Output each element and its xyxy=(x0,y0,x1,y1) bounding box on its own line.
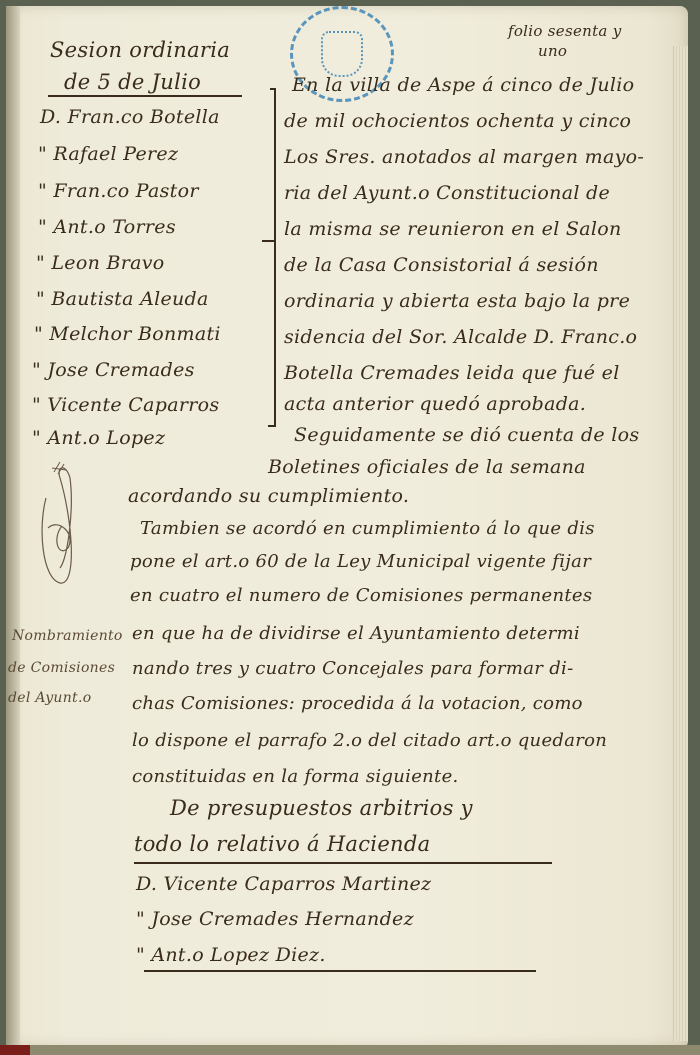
body-line: acta anterior quedó aprobada. xyxy=(284,393,586,415)
folio-number-cont: uno xyxy=(538,42,567,60)
attendee: D. Fran.co Botella xyxy=(40,106,220,128)
margin-note-line: Nombramiento xyxy=(12,628,123,644)
page-edges xyxy=(673,46,688,1041)
body-line: Los Sres. anotados al margen mayo- xyxy=(284,146,644,168)
attendee: " Ant.o Torres xyxy=(38,216,176,238)
body-line: en cuatro el numero de Comisiones perman… xyxy=(130,585,592,606)
body-line: chas Comisiones: procedida á la votacion… xyxy=(132,693,583,714)
attendee: " Ant.o Lopez xyxy=(32,427,165,449)
session-title: Sesion ordinaria xyxy=(50,38,230,62)
attendee: " Jose Cremades xyxy=(32,359,195,381)
commission-title: De presupuestos arbitrios y xyxy=(170,796,473,820)
body-line: Boletines oficiales de la semana xyxy=(268,456,586,478)
commission-title-cont: todo lo relativo á Hacienda xyxy=(134,832,430,856)
attendee: " Melchor Bonmati xyxy=(34,323,221,345)
bracket-point xyxy=(262,240,274,242)
body-line: acordando su cumplimiento. xyxy=(128,485,409,507)
book-cover-edge xyxy=(0,1045,700,1055)
bracket-top xyxy=(270,88,276,90)
commission-member: " Ant.o Lopez Diez. xyxy=(136,944,326,966)
title-underline xyxy=(48,95,242,97)
body-line: Botella Cremades leida que fué el xyxy=(284,362,620,384)
body-line: nando tres y cuatro Concejales para form… xyxy=(132,658,573,679)
body-line: Seguidamente se dió cuenta de los xyxy=(294,424,639,446)
attendee: " Vicente Caparros xyxy=(32,394,219,416)
body-line: ordinaria y abierta esta bajo la pre xyxy=(284,290,630,312)
attendee: " Rafael Perez xyxy=(38,143,178,165)
commission-member: " Jose Cremades Hernandez xyxy=(136,908,414,930)
attendee: " Fran.co Pastor xyxy=(38,180,199,202)
body-line: lo dispone el parrafo 2.o del citado art… xyxy=(132,730,607,751)
body-line: de la Casa Consistorial á sesión xyxy=(284,254,599,276)
body-line: ria del Ayunt.o Constitucional de xyxy=(284,182,610,204)
folio-number: folio sesenta y xyxy=(508,22,622,40)
body-line: sidencia del Sor. Alcalde D. Franc.o xyxy=(284,326,637,348)
commission-title-underline xyxy=(134,862,552,864)
attendee: " Leon Bravo xyxy=(36,252,165,274)
body-line: pone el art.o 60 de la Ley Municipal vig… xyxy=(130,551,591,572)
rubric-signature-icon xyxy=(38,458,88,588)
attendee: " Bautista Aleuda xyxy=(36,288,209,310)
section-end-rule xyxy=(144,970,536,972)
book-spine xyxy=(6,6,20,1046)
bracket-bottom xyxy=(268,425,276,427)
body-line: de mil ochocientos ochenta y cinco xyxy=(284,110,631,132)
commission-member: D. Vicente Caparros Martinez xyxy=(136,873,431,895)
crest-icon xyxy=(321,31,363,77)
body-line: En la villa de Aspe á cinco de Julio xyxy=(292,74,634,96)
body-line: la misma se reunieron en el Salon xyxy=(284,218,622,240)
body-line: Tambien se acordó en cumplimiento á lo q… xyxy=(140,518,595,539)
margin-note-line: del Ayunt.o xyxy=(8,690,91,706)
session-date: de 5 de Julio xyxy=(64,70,201,94)
body-line: constituidas en la forma siguiente. xyxy=(132,766,459,787)
margin-note-line: de Comisiones xyxy=(8,660,115,676)
attendee-bracket xyxy=(274,88,276,426)
body-line: en que ha de dividirse el Ayuntamiento d… xyxy=(132,623,580,644)
